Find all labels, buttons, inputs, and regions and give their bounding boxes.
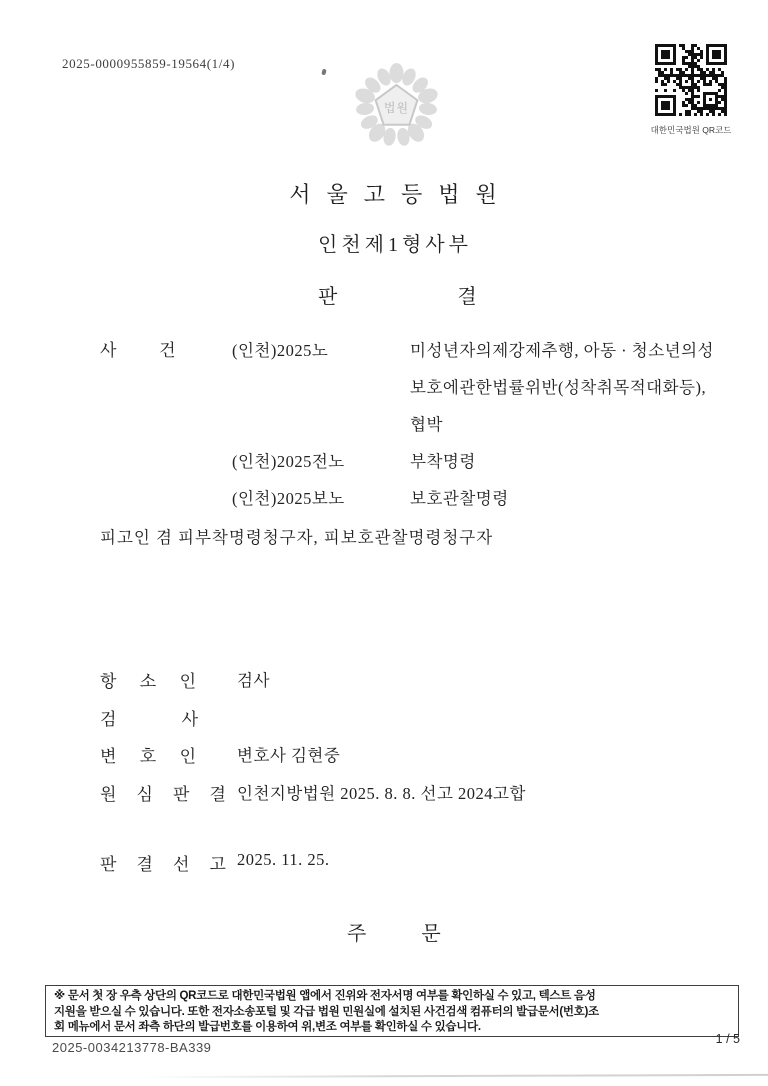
qr-code: [655, 44, 727, 116]
ink-speck: [321, 69, 326, 76]
court-seal-watermark: 법원: [348, 60, 445, 152]
case-charge-line: 보호에관한법률위반(성착취목적대화등),: [410, 378, 714, 415]
order-heading: 주 문: [347, 917, 441, 946]
case-charge-line: 보호관찰명령: [410, 489, 714, 526]
case-charge-line: 미성년자의제강제추행, 아동 · 청소년의성: [410, 341, 714, 378]
qr-code-label: 대한민국법원 QR코드: [645, 124, 737, 136]
notice-line: ※ 문서 첫 장 우측 상단의 QR코드로 대한민국법원 앱에서 진위와 전자서…: [54, 989, 730, 1005]
qr-code-block: 대한민국법원 QR코드: [645, 44, 737, 136]
row-value: 검사: [237, 667, 270, 691]
case-charge-line: 협박: [410, 415, 714, 452]
case-section: 사 건 (인천)2025노 미성년자의제강제추행, 아동 · 청소년의성 보호에…: [100, 341, 714, 526]
row-value: 변호사 김현중: [237, 742, 340, 766]
row-label: 항 소 인: [100, 667, 196, 692]
row-sentencing-date: 판 결 선 고 2025. 11. 25.: [100, 850, 226, 875]
row-label: 원 심 판 결: [100, 780, 226, 805]
row-label: 검 사: [100, 705, 198, 730]
notice-line: 지원을 받으실 수 있습니다. 또한 전자소송포털 및 각급 법원 민원실에 설…: [54, 1005, 730, 1021]
doc-title-char: 결: [457, 280, 476, 309]
row-lower-court-judgment: 원 심 판 결 인천지방법원 2025. 8. 8. 선고 2024고합: [100, 780, 226, 805]
case-number: (인천)2025전노: [232, 452, 410, 489]
verification-notice-box: ※ 문서 첫 장 우측 상단의 QR코드로 대한민국법원 앱에서 진위와 전자서…: [45, 985, 739, 1037]
doc-title-char: 판: [318, 280, 337, 309]
issuance-number-bottom: 2025-0034213778-BA339: [52, 1040, 211, 1055]
case-number: (인천)2025노: [232, 341, 410, 378]
page-indicator: 1 / 5: [698, 1032, 740, 1046]
row-prosecutor: 검 사: [100, 705, 198, 730]
court-name-title: 서울고등법원: [0, 178, 768, 209]
division-name-title: 인천제1형사부: [0, 228, 768, 257]
row-label: 변 호 인: [100, 742, 196, 767]
scan-artifact-line: [140, 1074, 768, 1078]
row-label: 판 결 선 고: [100, 850, 226, 875]
case-label: 사 건: [100, 341, 176, 378]
order-heading-char: 문: [421, 917, 440, 946]
case-number: (인천)2025보노: [232, 489, 410, 526]
judgment-document-page: 2025-0000955859-19564(1/4) 법원 대한민국법원 QR코…: [0, 0, 768, 1086]
order-heading-char: 주: [347, 917, 366, 946]
notice-line: 회 메뉴에서 문서 좌측 하단의 발급번호를 이용하여 위,변조 여부를 확인하…: [54, 1020, 730, 1036]
case-charge-line: 부착명령: [410, 452, 714, 489]
row-appellant: 항 소 인 검사: [100, 667, 196, 692]
document-title-judgment: 판 결: [318, 280, 477, 309]
court-seal-text: 법원: [384, 100, 409, 115]
row-value: 인천지방법원 2025. 8. 8. 선고 2024고합: [237, 780, 526, 804]
row-defense-counsel: 변 호 인 변호사 김현중: [100, 742, 196, 767]
defendant-line: 피고인 겸 피부착명령청구자, 피보호관찰명령청구자: [100, 524, 493, 548]
issuance-number-top: 2025-0000955859-19564(1/4): [62, 56, 235, 72]
row-value: 2025. 11. 25.: [237, 850, 330, 870]
